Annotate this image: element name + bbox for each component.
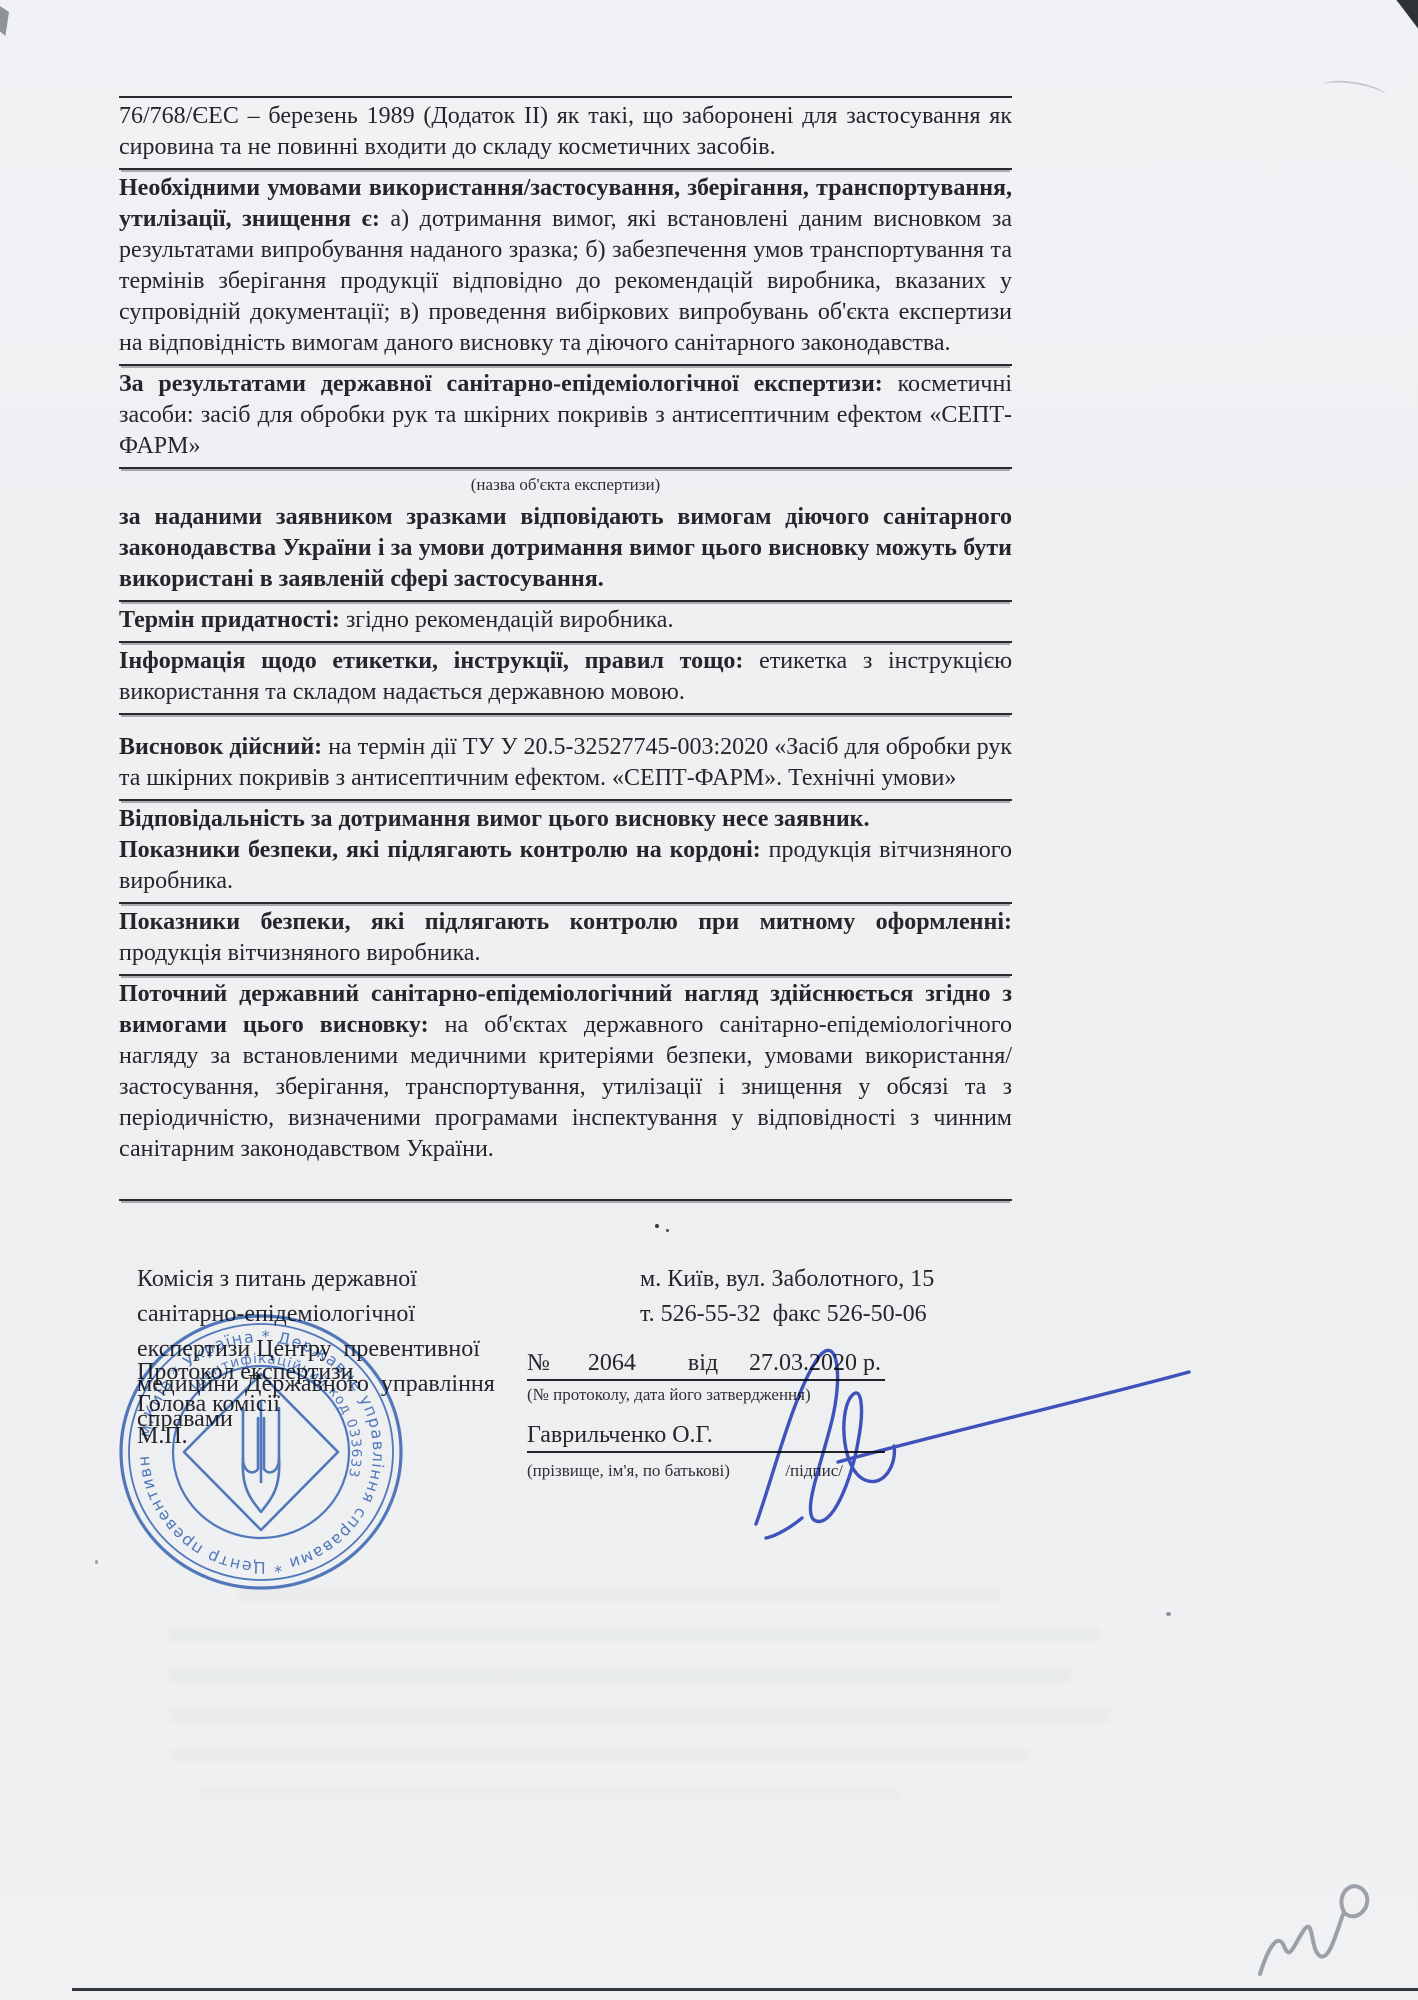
paragraph: Інформація щодо етикетки, інструкції, пр… bbox=[119, 646, 1012, 708]
results-label: За результатами державної санітарно-епід… bbox=[119, 371, 883, 397]
section-label-info: Інформація щодо етикетки, інструкції, пр… bbox=[119, 643, 1012, 715]
ghost-line bbox=[170, 1748, 1030, 1761]
section-intro: 76/768/ЄЕС – березень 1989 (Додаток ІІ) … bbox=[119, 98, 1012, 170]
object-name-caption: (назва об'єкта експертизи) bbox=[119, 474, 1012, 496]
paragraph: Показники безпеки, які підлягають контро… bbox=[119, 907, 1012, 969]
name-caption: (прізвище, ім'я, по батькові) bbox=[527, 1460, 730, 1482]
scan-corner-mark-top-left bbox=[0, 6, 9, 36]
protocol-number: 2064 bbox=[588, 1350, 636, 1377]
responsibility-text: Відповідальність за дотримання вимог цьо… bbox=[119, 806, 869, 832]
shelf-life-text: згідно рекомендацій виробника. bbox=[346, 607, 674, 633]
paragraph: Висновок дійсний: на термін дії ТУ У 20.… bbox=[119, 732, 1012, 794]
section-compliance: (назва об'єкта експертизи) за наданими з… bbox=[119, 469, 1012, 602]
section-expertise-results: За результатами державної санітарно-епід… bbox=[119, 366, 1012, 469]
shelf-life-label: Термін придатності: bbox=[119, 607, 340, 633]
pencil-scribble bbox=[1250, 1866, 1390, 1994]
trident-emblem-icon bbox=[184, 1374, 338, 1530]
ink-speck bbox=[1166, 1612, 1171, 1616]
section-customs-control: Показники безпеки, які підлягають контро… bbox=[119, 904, 1012, 976]
section-responsibility-and-border: Відповідальність за дотримання вимог цьо… bbox=[119, 801, 1012, 904]
paragraph: Відповідальність за дотримання вимог цьо… bbox=[119, 804, 1012, 835]
customs-text: продукція вітчизняного виробника. bbox=[119, 940, 480, 966]
validity-label: Висновок дійсний: bbox=[119, 734, 322, 760]
compliance-text: за наданими заявником зразками відповіда… bbox=[119, 504, 1012, 592]
ghost-line bbox=[200, 1788, 900, 1801]
scanned-document-page: { "document": { "sections": [ { "text": … bbox=[0, 0, 1418, 2000]
ghost-line bbox=[170, 1708, 1110, 1722]
label-info-label: Інформація щодо етикетки, інструкції, пр… bbox=[119, 648, 743, 674]
ink-speck bbox=[666, 1229, 669, 1232]
official-round-stamp: м.Київ * Україна * Державне управління с… bbox=[110, 1306, 412, 1598]
border-control-label: Показники безпеки, які підлягають контро… bbox=[119, 837, 761, 863]
paragraph: Необхідними умовами використання/застосу… bbox=[119, 173, 1012, 359]
paragraph: Термін придатності: згідно рекомендацій … bbox=[119, 605, 1012, 636]
scan-edge-line-bottom bbox=[72, 1988, 1418, 1991]
paragraph: За результатами державної санітарно-епід… bbox=[119, 369, 1012, 462]
signature-strokes bbox=[756, 1350, 1189, 1538]
section-supervision: Поточний державний санітарно-епідеміолог… bbox=[119, 976, 1012, 1201]
paragraph: за наданими заявником зразками відповіда… bbox=[119, 502, 1012, 595]
pencil-strokes bbox=[1260, 1886, 1367, 1974]
handwritten-signature bbox=[742, 1328, 1202, 1543]
section-conditions: Необхідними умовами використання/застосу… bbox=[119, 170, 1012, 366]
document-body: 76/768/ЄЕС – березень 1989 (Додаток ІІ) … bbox=[119, 96, 1012, 1201]
ghost-line bbox=[170, 1628, 1100, 1641]
paragraph: Поточний державний санітарно-епідеміолог… bbox=[119, 979, 1012, 1165]
section-shelf-life: Термін придатності: згідно рекомендацій … bbox=[119, 602, 1012, 643]
ink-speck bbox=[95, 1560, 98, 1564]
scan-corner-shadow-top-right bbox=[1394, 0, 1418, 30]
ink-speck bbox=[655, 1224, 659, 1228]
intro-text: 76/768/ЄЕС – березень 1989 (Додаток ІІ) … bbox=[119, 103, 1012, 160]
paragraph: Показники безпеки, які підлягають контро… bbox=[119, 835, 1012, 897]
from-label: від bbox=[688, 1350, 718, 1377]
section-validity: Висновок дійсний: на термін дії ТУ У 20.… bbox=[119, 729, 1012, 801]
customs-label: Показники безпеки, які підлягають контро… bbox=[119, 909, 1012, 935]
number-sign: № bbox=[527, 1350, 550, 1377]
paragraph: 76/768/ЄЕС – березень 1989 (Додаток ІІ) … bbox=[119, 101, 1012, 163]
pencil-scratch-top-right bbox=[1321, 77, 1387, 105]
ghost-line bbox=[170, 1668, 1070, 1682]
